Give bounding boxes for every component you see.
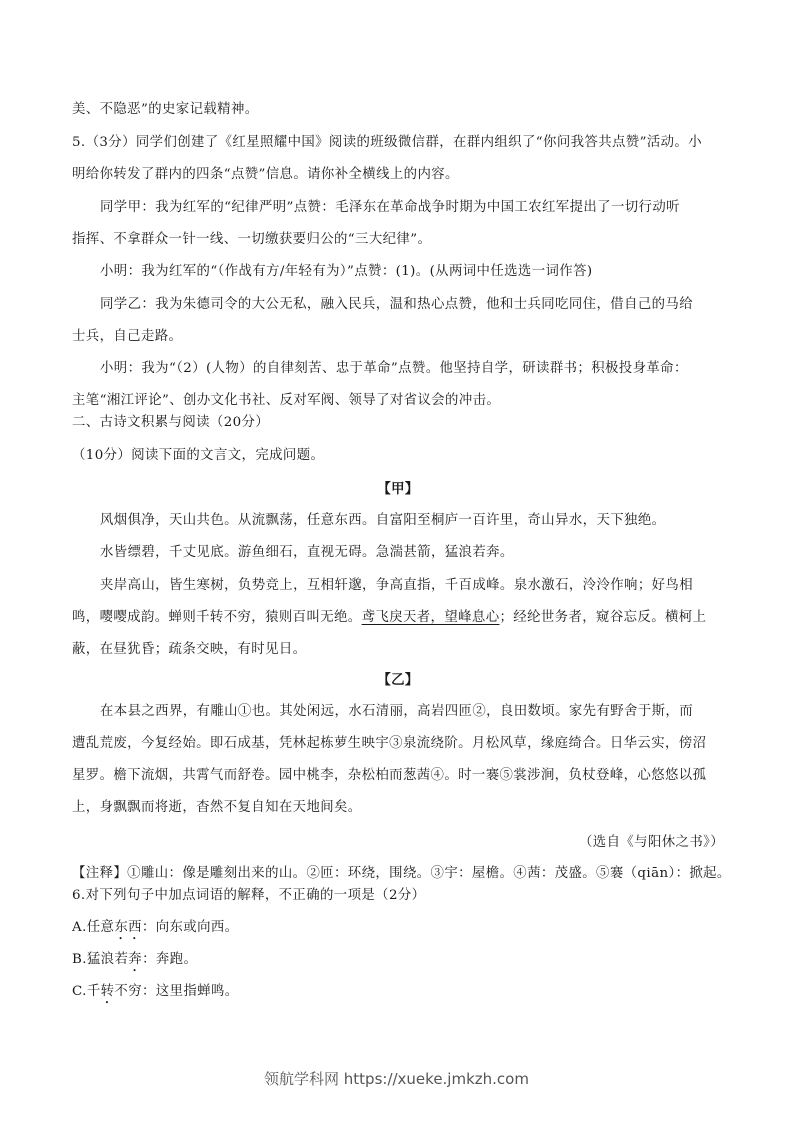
text-line: 美、不隐恶”的史家记载精神。 [72, 100, 259, 120]
text-line: 指挥、不拿群众一针一线、一切缴获要归公的“三大纪律”。 [72, 230, 431, 250]
section-heading: 二、古诗文积累与阅读（20分） [72, 413, 269, 433]
option-text: A.任意 [72, 920, 114, 935]
option-text: B.猛浪若 [72, 952, 128, 967]
text-line: 在本县之西界，有雕山①也。其处闲远，水石清丽，高岩四匝②，良田数顷。家先有野舍于… [100, 702, 693, 722]
text-line: 夹岸高山，皆生寒树，负势竞上，互相轩邈，争高直指，千百成峰。泉水激石，泠泠作响；… [100, 576, 693, 596]
text-line: 星罗。檐下流烟，共霄气而舒卷。园中桃李，杂松柏而葱茜④。时一褰⑤裳涉涧，负杖登峰… [72, 766, 706, 786]
option-text: C.千 [72, 984, 101, 999]
annotation-notes: 【注释】①雕山：像是雕刻出来的山。②匝：环绕，围绕。③宇：屋檐。④茜：茂盛。⑤褰… [72, 864, 731, 884]
text-span: ；经纶世务者，窥谷忘反。横柯上 [500, 610, 707, 625]
text-line: 水皆缥碧，千丈见底。游鱼细石，直视无碍。急湍甚箭，猛浪若奔。 [100, 543, 514, 563]
text-line: 士兵，自己走路。 [72, 327, 182, 347]
source-citation: （选自《与阳休之书》） [579, 833, 724, 853]
option-a: A.任意东西：向东或向西。 [72, 918, 238, 943]
text-span: 鸣，嘤嘤成韵。蝉则千转不穷，猿则百叫无绝。 [72, 610, 362, 625]
question-5: 5.（3分）同学们创建了《红星照耀中国》阅读的班级微信群，在群内组织了“你问我答… [72, 133, 702, 153]
emphasized-word: 东西 [114, 920, 142, 935]
text-line: 蔽，在昼犹昏；疏条交映，有时见日。 [72, 640, 306, 660]
text-line: 遭乱荒废，今复经始。即石成基，凭林起栋萝生映宇③泉流绕阶。月松风草，缘庭绮合。日… [72, 734, 706, 754]
text-line: 小明：我为红军的“（作战有方/年轻有为）”点赞：(1)。(从两词中任选选一词作答… [100, 262, 593, 282]
text-line: 明给你转发了群内的四条“点赞”信息。请你补全横线上的内容。 [72, 165, 459, 185]
passage-yi-heading: 【乙】 [72, 670, 724, 690]
emphasized-word: 转 [101, 984, 115, 999]
option-c: C.千转不穷：这里指蝉鸣。 [72, 982, 239, 1007]
text-line: 小明：我为“（2）(人物）的自律刻苦、忠于革命”点赞。他坚持自学，研读群书；积极… [100, 359, 688, 379]
question-6: 6.对下列句子中加点词语的解释，不正确的一项是（2分） [72, 886, 425, 906]
underlined-sentence: 鸢飞戾天者，望峰息心 [362, 610, 500, 625]
text-line: 鸣，嘤嘤成韵。蝉则千转不穷，猿则百叫无绝。鸢飞戾天者，望峰息心；经纶世务者，窥谷… [72, 608, 706, 628]
text-line: 上，身飘飘而将逝，杳然不复自知在天地间矣。 [72, 798, 362, 818]
text-line: （10分）阅读下面的文言文，完成问题。 [72, 446, 324, 466]
passage-jia-heading: 【甲】 [72, 479, 724, 499]
text-line: 风烟俱净，天山共色。从流飘荡，任意东西。自富阳至桐庐一百许里，奇山异水，天下独绝… [100, 511, 665, 531]
option-text: ：奔跑。 [142, 952, 197, 967]
option-b: B.猛浪若奔：奔跑。 [72, 950, 197, 975]
text-line: 主笔“湘江评论”、创办文化书社、反对军阀、领导了对省议会的冲击。 [72, 391, 500, 411]
option-text: 不穷：这里指蝉鸣。 [114, 984, 238, 999]
text-line: 同学乙：我为朱德司令的大公无私，融入民兵，温和热心点赞，他和士兵同吃同住，借自己… [100, 295, 693, 315]
option-text: ：向东或向西。 [142, 920, 239, 935]
footer-watermark: 领航学科网 https://xueke.jmkzh.com [0, 1068, 793, 1089]
emphasized-word: 奔 [128, 952, 142, 967]
text-line: 同学甲：我为红军的“纪律严明”点赞：毛泽东在革命战争时期为中国工农红军提出了一切… [100, 198, 680, 218]
